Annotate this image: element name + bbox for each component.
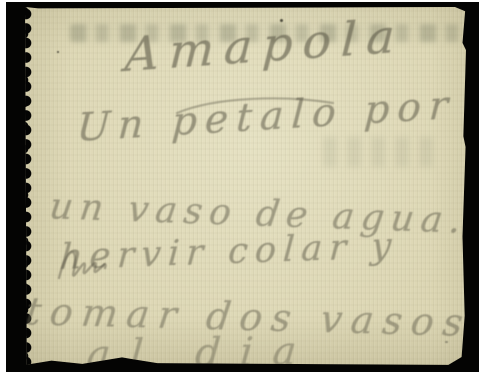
paper-fragment: Amapola Un petalo por un vaso de agua. h… [25, 7, 466, 366]
paper-speck [57, 51, 59, 53]
ghost-print-mid [323, 137, 443, 167]
paper-speck [280, 19, 283, 22]
paper-speck [445, 341, 448, 343]
scan-page: Amapola Un petalo por un vaso de agua. h… [0, 0, 500, 374]
handwriting-line-4: hervir colar y [59, 226, 400, 278]
handwriting-line-6: al dia [85, 329, 318, 374]
photo-black-mat: Amapola Un petalo por un vaso de agua. h… [6, 2, 479, 372]
handwriting-line-title: Amapola [124, 9, 407, 83]
handwriting-line-2: Un petalo por [76, 83, 458, 151]
